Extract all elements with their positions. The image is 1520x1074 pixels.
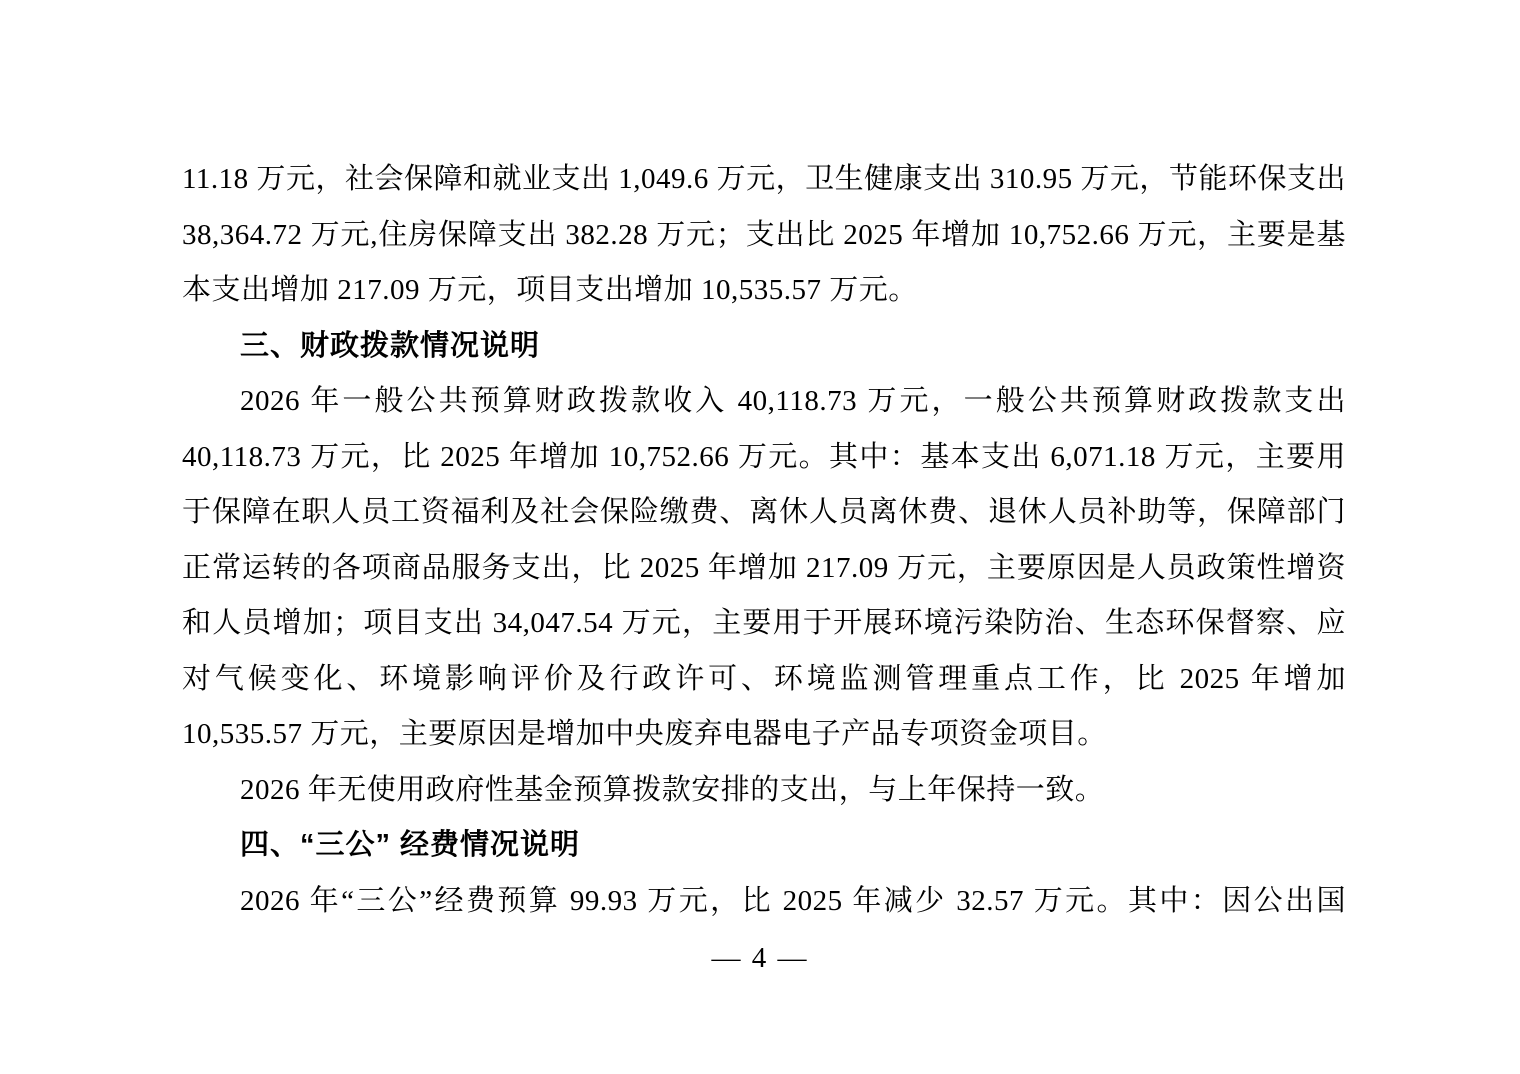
document-body: 11.18 万元，社会保障和就业支出 1,049.6 万元，卫生健康支出 310… xyxy=(182,152,1346,930)
document-page: 11.18 万元，社会保障和就业支出 1,049.6 万元，卫生健康支出 310… xyxy=(0,0,1520,1074)
paragraph-government-fund-budget: 2026 年无使用政府性基金预算拨款安排的支出，与上年保持一致。 xyxy=(182,763,1346,819)
paragraph-fiscal-appropriation-detail: 2026 年一般公共预算财政拨款收入 40,118.73 万元，一般公共预算财政… xyxy=(182,374,1346,763)
section-heading-three-public-funds: 四、“三公” 经费情况说明 xyxy=(182,818,1346,874)
section-heading-fiscal-appropriation: 三、财政拨款情况说明 xyxy=(182,319,1346,375)
page-number: — 4 — xyxy=(0,938,1520,978)
paragraph-three-public-funds: 2026 年“三公”经费预算 99.93 万元，比 2025 年减少 32.57… xyxy=(182,874,1346,930)
paragraph-expenditure-summary-continuation: 11.18 万元，社会保障和就业支出 1,049.6 万元，卫生健康支出 310… xyxy=(182,152,1346,319)
